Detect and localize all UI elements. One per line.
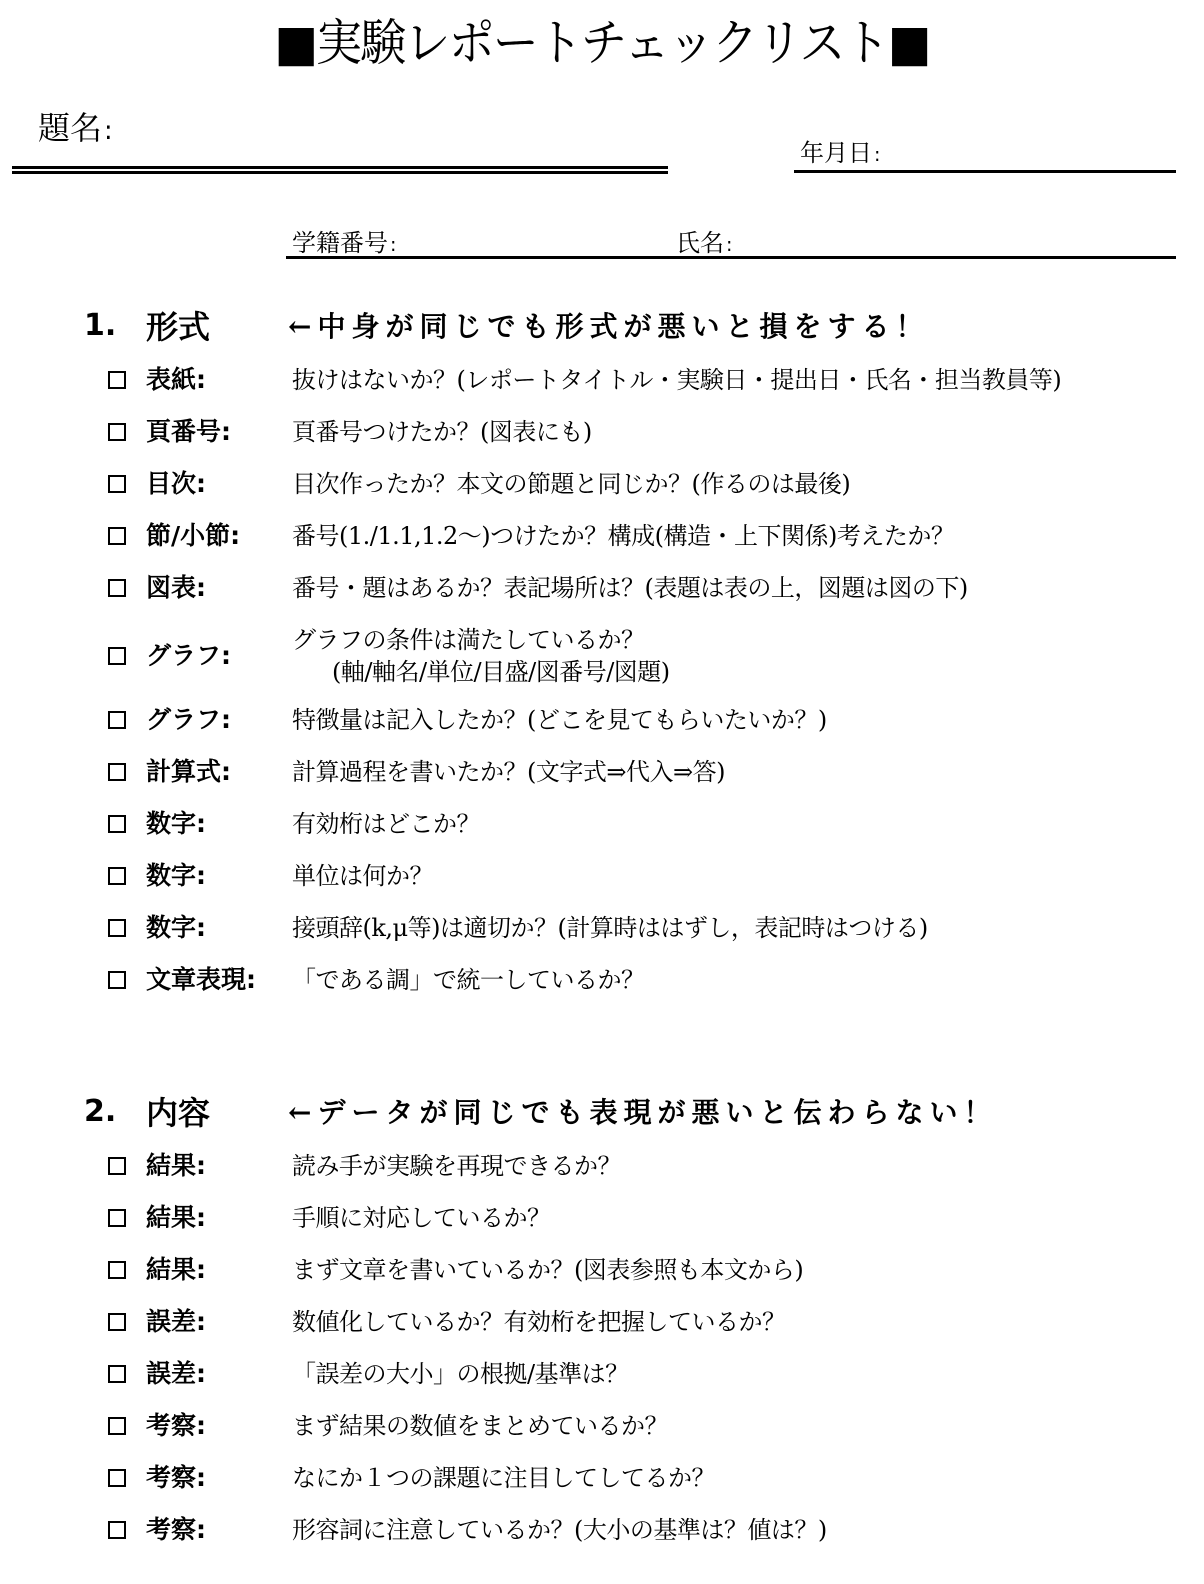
item-text: 「である調」で統一しているか？	[292, 964, 645, 996]
section-note: ←データが同じでも表現が悪いと伝わらない！	[288, 1091, 997, 1131]
item-label: 数字:	[146, 808, 292, 840]
checkbox-icon[interactable]	[108, 423, 126, 441]
section-title: 形式	[146, 302, 288, 348]
checkbox-icon[interactable]	[108, 711, 126, 729]
checkbox-icon[interactable]	[108, 1365, 126, 1383]
item-text: 抜けはないか？(レポートタイトル・実験日・提出日・氏名・担当教員等)	[292, 364, 1061, 396]
checklist-item: 考察: なにか１つの課題に注目してしてるか？	[108, 1462, 715, 1494]
item-label: 文章表現:	[146, 964, 292, 996]
item-label: 目次:	[146, 468, 292, 500]
date-label: 年月日:	[800, 138, 880, 170]
item-label: 結果:	[146, 1202, 292, 1234]
page-title: ■実験レポートチェックリスト■	[48, 8, 1156, 78]
checkbox-icon[interactable]	[108, 647, 126, 665]
section-heading-content: 2. 内容 ←データが同じでも表現が悪いと伝わらない！	[84, 1088, 997, 1134]
checklist-item: 節/小節: 番号(1./1.1,1.2～)つけたか？構成(構造・上下関係)考えた…	[108, 520, 954, 552]
item-label: 表紙:	[146, 364, 292, 396]
checklist-item: 結果: 読み手が実験を再現できるか？	[108, 1150, 621, 1182]
item-label: 頁番号:	[146, 416, 292, 448]
checkbox-icon[interactable]	[108, 1521, 126, 1539]
item-text: まず結果の数値をまとめているか？	[292, 1410, 668, 1442]
item-text-multiline: グラフの条件は満たしているか？ (軸/軸名/単位/目盛/図番号/図題)	[292, 624, 670, 688]
checkbox-icon[interactable]	[108, 371, 126, 389]
item-label: 考察:	[146, 1410, 292, 1442]
checklist-item: 誤差: 「誤差の大小」の根拠/基準は？	[108, 1358, 629, 1390]
item-text: 特徴量は記入したか？(どこを見てもらいたいか？)	[292, 704, 827, 736]
item-text-line2: (軸/軸名/単位/目盛/図番号/図題)	[292, 656, 670, 688]
item-label: 考察:	[146, 1462, 292, 1494]
item-label: 考察:	[146, 1514, 292, 1546]
section-number: 1.	[84, 308, 146, 343]
report-title-label-text: 題名	[38, 109, 102, 147]
checklist-item: グラフ: 特徴量は記入したか？(どこを見てもらいたいか？)	[108, 704, 827, 736]
item-text: まず文章を書いているか？(図表参照も本文から)	[292, 1254, 803, 1286]
name-label-text: 氏名	[676, 229, 724, 257]
item-text: 読み手が実験を再現できるか？	[292, 1150, 621, 1182]
item-label: 図表:	[146, 572, 292, 604]
report-title-colon: :	[104, 116, 113, 146]
checklist-item: 頁番号: 頁番号つけたか？(図表にも)	[108, 416, 592, 448]
item-label: グラフ:	[146, 704, 292, 736]
item-label: 計算式:	[146, 756, 292, 788]
section-note: ←中身が同じでも形式が悪いと損をする！	[288, 305, 929, 345]
checklist-item: 数字: 単位は何か？	[108, 860, 433, 892]
report-title-label: 題名:	[38, 108, 113, 151]
checklist-item: 結果: まず文章を書いているか？(図表参照も本文から)	[108, 1254, 803, 1286]
checklist-item: 図表: 番号・題はあるか？表記場所は？(表題は表の上，図題は図の下)	[108, 572, 968, 604]
item-label: 結果:	[146, 1254, 292, 1286]
item-text: 単位は何か？	[292, 860, 433, 892]
checkbox-icon[interactable]	[108, 763, 126, 781]
checkbox-icon[interactable]	[108, 1209, 126, 1227]
checkbox-icon[interactable]	[108, 971, 126, 989]
item-text: なにか１つの課題に注目してしてるか？	[292, 1462, 715, 1494]
student-id-name-field-line[interactable]	[286, 256, 1176, 259]
report-title-field-line[interactable]	[12, 166, 668, 169]
item-text: 頁番号つけたか？(図表にも)	[292, 416, 592, 448]
checklist-item: グラフ: グラフの条件は満たしているか？ (軸/軸名/単位/目盛/図番号/図題)	[108, 624, 670, 688]
checkbox-icon[interactable]	[108, 527, 126, 545]
item-text: 数値化しているか？有効桁を把握しているか？	[292, 1306, 786, 1338]
item-label: 数字:	[146, 860, 292, 892]
checkbox-icon[interactable]	[108, 1417, 126, 1435]
checklist-item: 目次: 目次作ったか？本文の節題と同じか？(作るのは最後)	[108, 468, 850, 500]
date-colon: :	[874, 143, 880, 166]
item-text: 番号(1./1.1,1.2～)つけたか？構成(構造・上下関係)考えたか？	[292, 520, 954, 552]
checklist-item: 表紙: 抜けはないか？(レポートタイトル・実験日・提出日・氏名・担当教員等)	[108, 364, 1061, 396]
checklist-item: 結果: 手順に対応しているか？	[108, 1202, 551, 1234]
checklist-item: 計算式: 計算過程を書いたか？(文字式⇒代入⇒答)	[108, 756, 725, 788]
checkbox-icon[interactable]	[108, 815, 126, 833]
section-title: 内容	[146, 1088, 288, 1134]
item-text: 有効桁はどこか？	[292, 808, 480, 840]
item-label: 結果:	[146, 1150, 292, 1182]
checklist-item: 数字: 接頭辞(k,μ等)は適切か？(計算時ははずし，表記時はつける)	[108, 912, 928, 944]
student-id-colon: :	[390, 233, 396, 256]
item-label: 誤差:	[146, 1358, 292, 1390]
checkbox-icon[interactable]	[108, 919, 126, 937]
date-field-line[interactable]	[794, 170, 1176, 173]
checkbox-icon[interactable]	[108, 1469, 126, 1487]
item-text: 形容詞に注意しているか？(大小の基準は？値は？)	[292, 1514, 827, 1546]
checklist-item: 誤差: 数値化しているか？有効桁を把握しているか？	[108, 1306, 786, 1338]
checklist-item: 考察: まず結果の数値をまとめているか？	[108, 1410, 668, 1442]
checkbox-icon[interactable]	[108, 475, 126, 493]
item-text: 手順に対応しているか？	[292, 1202, 551, 1234]
name-colon: :	[726, 233, 732, 256]
checkbox-icon[interactable]	[108, 1313, 126, 1331]
section-number: 2.	[84, 1094, 146, 1129]
item-text: 目次作ったか？本文の節題と同じか？(作るのは最後)	[292, 468, 850, 500]
item-label: 誤差:	[146, 1306, 292, 1338]
item-text: 番号・題はあるか？表記場所は？(表題は表の上，図題は図の下)	[292, 572, 968, 604]
item-text: 「誤差の大小」の根拠/基準は？	[292, 1358, 629, 1390]
date-label-text: 年月日	[800, 139, 872, 167]
item-text-line1: グラフの条件は満たしているか？	[292, 626, 645, 654]
report-title-field-double-rule	[12, 171, 668, 174]
item-text: 計算過程を書いたか？(文字式⇒代入⇒答)	[292, 756, 725, 788]
checkbox-icon[interactable]	[108, 579, 126, 597]
item-text: 接頭辞(k,μ等)は適切か？(計算時ははずし，表記時はつける)	[292, 912, 928, 944]
checkbox-icon[interactable]	[108, 1261, 126, 1279]
item-label: グラフ:	[146, 640, 292, 672]
student-id-label-text: 学籍番号	[292, 229, 388, 257]
item-label: 節/小節:	[146, 520, 292, 552]
item-label: 数字:	[146, 912, 292, 944]
checklist-item: 数字: 有効桁はどこか？	[108, 808, 480, 840]
checkbox-icon[interactable]	[108, 867, 126, 885]
section-heading-format: 1. 形式 ←中身が同じでも形式が悪いと損をする！	[84, 302, 929, 348]
checklist-item: 文章表現: 「である調」で統一しているか？	[108, 964, 645, 996]
checkbox-icon[interactable]	[108, 1157, 126, 1175]
checklist-item: 考察: 形容詞に注意しているか？(大小の基準は？値は？)	[108, 1514, 827, 1546]
